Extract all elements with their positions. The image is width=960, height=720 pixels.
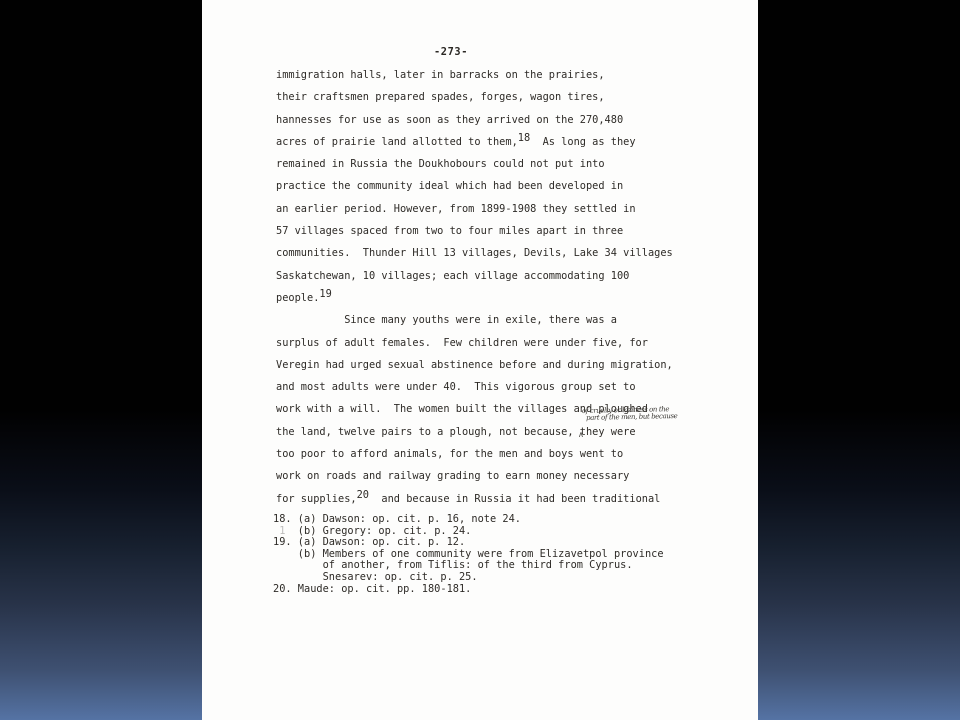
body-line: immigration halls, later in barracks on … (276, 64, 673, 86)
body-line: practice the community ideal which had b… (276, 175, 673, 197)
handwritten-annotation: of cruelty or laziness on the part of th… (582, 406, 678, 422)
body-line: Veregin had urged sexual abstinence befo… (276, 354, 673, 376)
footnote-reference: 20 (357, 489, 369, 501)
body-text: immigration halls, later in barracks on … (276, 64, 673, 510)
footnote-reference: 18 (518, 132, 530, 144)
body-line: people.19 (276, 287, 673, 309)
body-line: communities. Thunder Hill 13 villages, D… (276, 242, 673, 264)
body-line: too poor to afford animals, for the men … (276, 443, 673, 465)
footnote-line: Snesarev: op. cit. p. 25. (273, 572, 664, 584)
body-line: Saskatchewan, 10 villages; each village … (276, 265, 673, 287)
insertion-caret: ∧ (578, 430, 584, 439)
body-line: their craftsmen prepared spades, forges,… (276, 86, 673, 108)
footnote-line: 20. Maude: op. cit. pp. 180-181. (273, 584, 664, 596)
footnotes: 18. (a) Dawson: op. cit. p. 16, note 24.… (273, 514, 664, 595)
footnote-reference: 19 (319, 288, 331, 300)
body-line: the land, twelve pairs to a plough, not … (276, 421, 673, 443)
body-line: an earlier period. However, from 1899-19… (276, 198, 673, 220)
page-number: -273- (434, 46, 468, 58)
faint-typed-mark: 1 (279, 525, 285, 537)
slide-background: -273- immigration halls, later in barrac… (0, 0, 960, 720)
body-line: hannesses for use as soon as they arrive… (276, 109, 673, 131)
body-line: for supplies,20 and because in Russia it… (276, 488, 673, 510)
body-line: and most adults were under 40. This vigo… (276, 376, 673, 398)
scanned-document-page: -273- immigration halls, later in barrac… (202, 0, 758, 720)
body-line: 57 villages spaced from two to four mile… (276, 220, 673, 242)
body-line: surplus of adult females. Few children w… (276, 332, 673, 354)
body-line: remained in Russia the Doukhobours could… (276, 153, 673, 175)
body-line: Since many youths were in exile, there w… (276, 309, 673, 331)
body-line: work on roads and railway grading to ear… (276, 465, 673, 487)
body-line: acres of prairie land allotted to them,1… (276, 131, 673, 153)
footnote-line: 18. (a) Dawson: op. cit. p. 16, note 24. (273, 514, 664, 526)
